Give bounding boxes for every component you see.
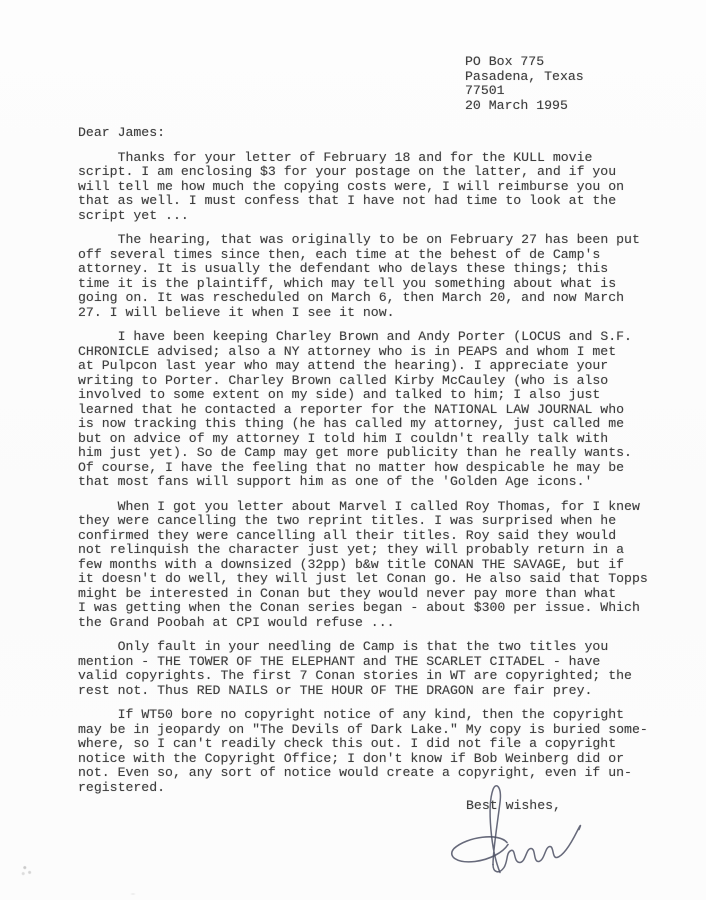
address-line-zip: 77501	[465, 84, 651, 99]
letter-date: 20 March 1995	[465, 99, 651, 114]
address-line-po-box: PO Box 775	[465, 55, 651, 70]
scan-artifact-smudge	[20, 864, 36, 876]
paragraph-2: The hearing, that was originally to be o…	[78, 233, 678, 320]
sender-address-block: PO Box 775 Pasadena, Texas 77501 20 Marc…	[465, 55, 651, 113]
scanned-letter-page: PO Box 775 Pasadena, Texas 77501 20 Marc…	[0, 0, 706, 900]
paragraph-5: Only fault in your needling de Camp is t…	[78, 640, 678, 698]
handwritten-signature	[443, 776, 603, 881]
paragraph-1: Thanks for your letter of February 18 an…	[78, 151, 678, 224]
address-line-city: Pasadena, Texas	[465, 70, 651, 85]
paragraph-3: I have been keeping Charley Brown and An…	[78, 330, 678, 490]
scan-artifact-speck	[122, 891, 144, 897]
paragraph-4: When I got you letter about Marvel I cal…	[78, 500, 678, 631]
salutation: Dear James:	[78, 126, 651, 141]
